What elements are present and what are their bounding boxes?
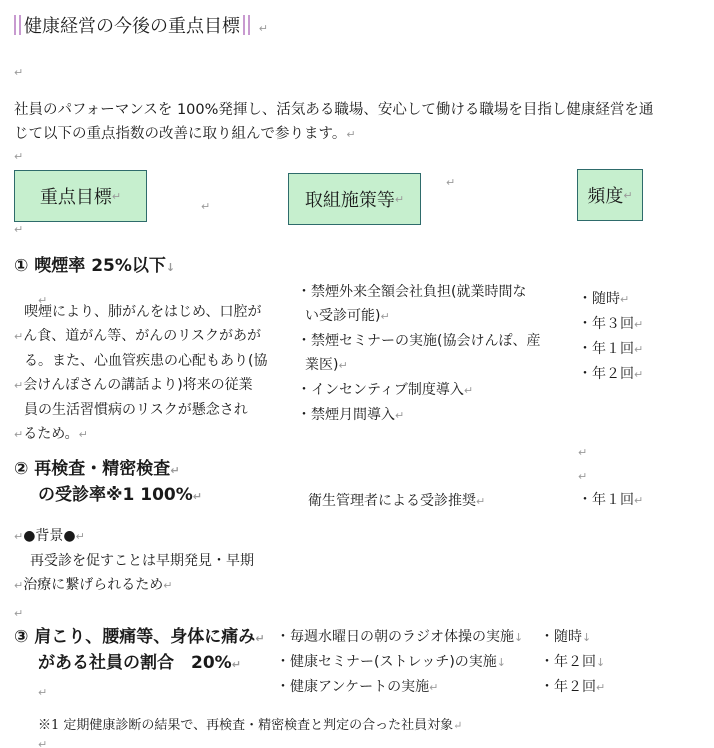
goal-3-frequency: ・随時↓ ・年２回↓ ・年２回↵	[540, 625, 605, 700]
goal-1-heading: ① 喫煙率 25%以下↓	[14, 254, 175, 280]
line-break-icon: ↓	[497, 656, 506, 669]
footnote: ※1 定期健康診断の結果で、再検査・精密検査と判定の合った社員対象↵	[38, 714, 462, 733]
intro-line-1: 社員のパフォーマンスを 100%発揮し、活気ある職場、安心して働ける職場を目指し…	[14, 98, 653, 122]
paragraph-mark-icon: ↵	[76, 530, 85, 543]
paragraph-mark-icon: ↵	[14, 579, 23, 592]
bookmark-marker-right	[243, 15, 245, 35]
reason-line: ん食、道がん等、がんのリスクがあが	[23, 328, 261, 344]
goal-2-frequency: ・年１回↵	[578, 488, 643, 513]
frequency-item: ・年１回	[578, 492, 634, 508]
frequency-item: ・年２回	[540, 679, 596, 695]
paragraph-mark-icon: ↵	[380, 310, 389, 323]
bookmark-marker-right-2	[248, 15, 250, 35]
paragraph-mark-icon: ↵	[578, 446, 587, 459]
line-break-icon: ↓	[596, 656, 605, 669]
paragraph-mark-icon: ↵	[634, 368, 643, 381]
frequency-item: ・年１回	[578, 341, 634, 357]
bookmark-marker-left-2	[19, 15, 21, 35]
paragraph-mark-icon: ↵	[14, 428, 23, 441]
frequency-item: ・年３回	[578, 316, 634, 332]
paragraph-mark-icon: ↵	[620, 293, 629, 306]
paragraph-mark-icon: ↵	[578, 470, 587, 483]
paragraph-mark-icon: ↵	[446, 176, 455, 189]
paragraph-mark-icon: ↵	[38, 686, 47, 699]
measure-line: い受診可能)	[297, 308, 380, 324]
paragraph-mark-icon: ↵	[476, 495, 485, 508]
reason-line: 員の生活習慣病のリスクが懸念され	[14, 398, 267, 422]
paragraph-mark-icon: ↵	[395, 193, 404, 206]
goal-2-heading-line-2: の受診率※1 100%	[38, 485, 193, 505]
goal-1-reason: 喫煙により、肺がんをはじめ、口腔が ↵ん食、道がん等、がんのリスクがあが る。ま…	[14, 300, 267, 447]
paragraph-mark-icon: ↵	[14, 150, 23, 163]
frequency-item: ・年２回	[578, 366, 634, 382]
line-break-icon: ↓	[514, 631, 523, 644]
frequency-item: ・年２回	[540, 654, 596, 670]
bookmark-marker-left	[14, 15, 16, 35]
line-break-icon: ↓	[166, 261, 175, 274]
document-title-line: 健康経営の今後の重点目標 ↵	[14, 12, 268, 38]
paragraph-mark-icon: ↵	[395, 409, 404, 422]
measure-line: ・禁煙セミナーの実施(協会けんぽ、産	[297, 329, 540, 353]
header-box-goal: 重点目標↵	[14, 170, 147, 222]
reason-line: るため。	[23, 426, 78, 442]
paragraph-mark-icon: ↵	[634, 494, 643, 507]
reason-line: る。また、心血管疾患の心配もあり(協	[14, 349, 267, 373]
line-break-icon: ↓	[582, 631, 591, 644]
measure-line: ・毎週水曜日の朝のラジオ体操の実施	[276, 629, 514, 645]
paragraph-mark-icon: ↵	[112, 190, 121, 203]
goal-3-heading-line-1: ③ 肩こり、腰痛等、身体に痛み	[14, 627, 255, 647]
reason-line: 再受診を促すことは早期発見・早期	[14, 549, 254, 573]
measure-line: 業医)	[297, 357, 338, 373]
measure-line: ・インセンティブ制度導入	[297, 382, 464, 398]
goal-1-frequency: ・随時↵ ・年３回↵ ・年１回↵ ・年２回↵	[578, 287, 643, 387]
paragraph-mark-icon: ↵	[453, 719, 462, 732]
frequency-item: ・随時	[578, 291, 620, 307]
header-box-measures: 取組施策等↵	[288, 173, 421, 225]
document-title: 健康経営の今後の重点目標	[24, 16, 240, 37]
paragraph-mark-icon: ↵	[14, 607, 23, 620]
paragraph-mark-icon: ↵	[255, 632, 264, 645]
goal-2-background: ↵●背景●↵ 再受診を促すことは早期発見・早期 ↵治療に繋げられるため↵	[14, 524, 254, 598]
intro-paragraph: 社員のパフォーマンスを 100%発揮し、活気ある職場、安心して働ける職場を目指し…	[14, 98, 653, 147]
paragraph-mark-icon: ↵	[14, 330, 23, 343]
paragraph-mark-icon: ↵	[596, 681, 605, 694]
paragraph-mark-icon: ↵	[634, 318, 643, 331]
paragraph-mark-icon: ↵	[259, 22, 268, 35]
paragraph-mark-icon: ↵	[79, 428, 88, 441]
paragraph-mark-icon: ↵	[170, 464, 179, 477]
header-box-frequency: 頻度↵	[577, 169, 643, 221]
paragraph-mark-icon: ↵	[232, 658, 241, 671]
reason-line: 喫煙により、肺がんをはじめ、口腔が	[14, 300, 267, 324]
measure-line: 衛生管理者による受診推奨	[308, 493, 476, 509]
background-label: ●背景●	[23, 528, 75, 544]
frequency-item: ・随時	[540, 629, 582, 645]
goal-2-heading: ② 再検査・精密検査↵ の受診率※1 100%↵	[14, 457, 202, 509]
paragraph-mark-icon: ↵	[429, 681, 438, 694]
header-frequency-label: 頻度	[587, 182, 623, 208]
goal-2-measures: 衛生管理者による受診推奨↵	[308, 489, 485, 514]
paragraph-mark-icon: ↵	[38, 738, 47, 748]
measure-line: ・禁煙月間導入	[297, 407, 395, 423]
paragraph-mark-icon: ↵	[14, 223, 23, 236]
goal-3-measures: ・毎週水曜日の朝のラジオ体操の実施↓ ・健康セミナー(ストレッチ)の実施↓ ・健…	[276, 625, 523, 700]
paragraph-mark-icon: ↵	[634, 343, 643, 356]
reason-line: 治療に繋げられるため	[23, 577, 163, 593]
paragraph-mark-icon: ↵	[346, 128, 355, 141]
goal-3-heading-line-2: がある社員の割合 20%	[38, 653, 232, 673]
measure-line: ・健康セミナー(ストレッチ)の実施	[276, 654, 497, 670]
measure-line: ・禁煙外来全額会社負担(就業時間な	[297, 280, 540, 304]
paragraph-mark-icon: ↵	[14, 530, 23, 543]
measure-line: ・健康アンケートの実施	[276, 679, 429, 695]
paragraph-mark-icon: ↵	[623, 189, 632, 202]
paragraph-mark-icon: ↵	[201, 200, 210, 213]
paragraph-mark-icon: ↵	[163, 579, 172, 592]
paragraph-mark-icon: ↵	[14, 66, 23, 79]
goal-1-measures: ・禁煙外来全額会社負担(就業時間な い受診可能)↵ ・禁煙セミナーの実施(協会け…	[297, 280, 540, 428]
header-measures-label: 取組施策等	[305, 186, 395, 212]
paragraph-mark-icon: ↵	[14, 379, 23, 392]
goal-3-heading: ③ 肩こり、腰痛等、身体に痛み↵ がある社員の割合 20%↵	[14, 625, 265, 677]
reason-line: 会けんぽさんの講話より)将来の従業	[23, 377, 252, 393]
goal-1-heading-text: ① 喫煙率 25%以下	[14, 256, 166, 276]
intro-line-2: じて以下の重点指数の改善に取り組んで参ります。	[14, 126, 346, 142]
paragraph-mark-icon: ↵	[338, 359, 347, 372]
paragraph-mark-icon: ↵	[193, 490, 202, 503]
header-goal-label: 重点目標	[40, 183, 112, 209]
paragraph-mark-icon: ↵	[464, 384, 473, 397]
footnote-text: ※1 定期健康診断の結果で、再検査・精密検査と判定の合った社員対象	[38, 718, 453, 733]
goal-2-heading-line-1: ② 再検査・精密検査	[14, 459, 170, 479]
